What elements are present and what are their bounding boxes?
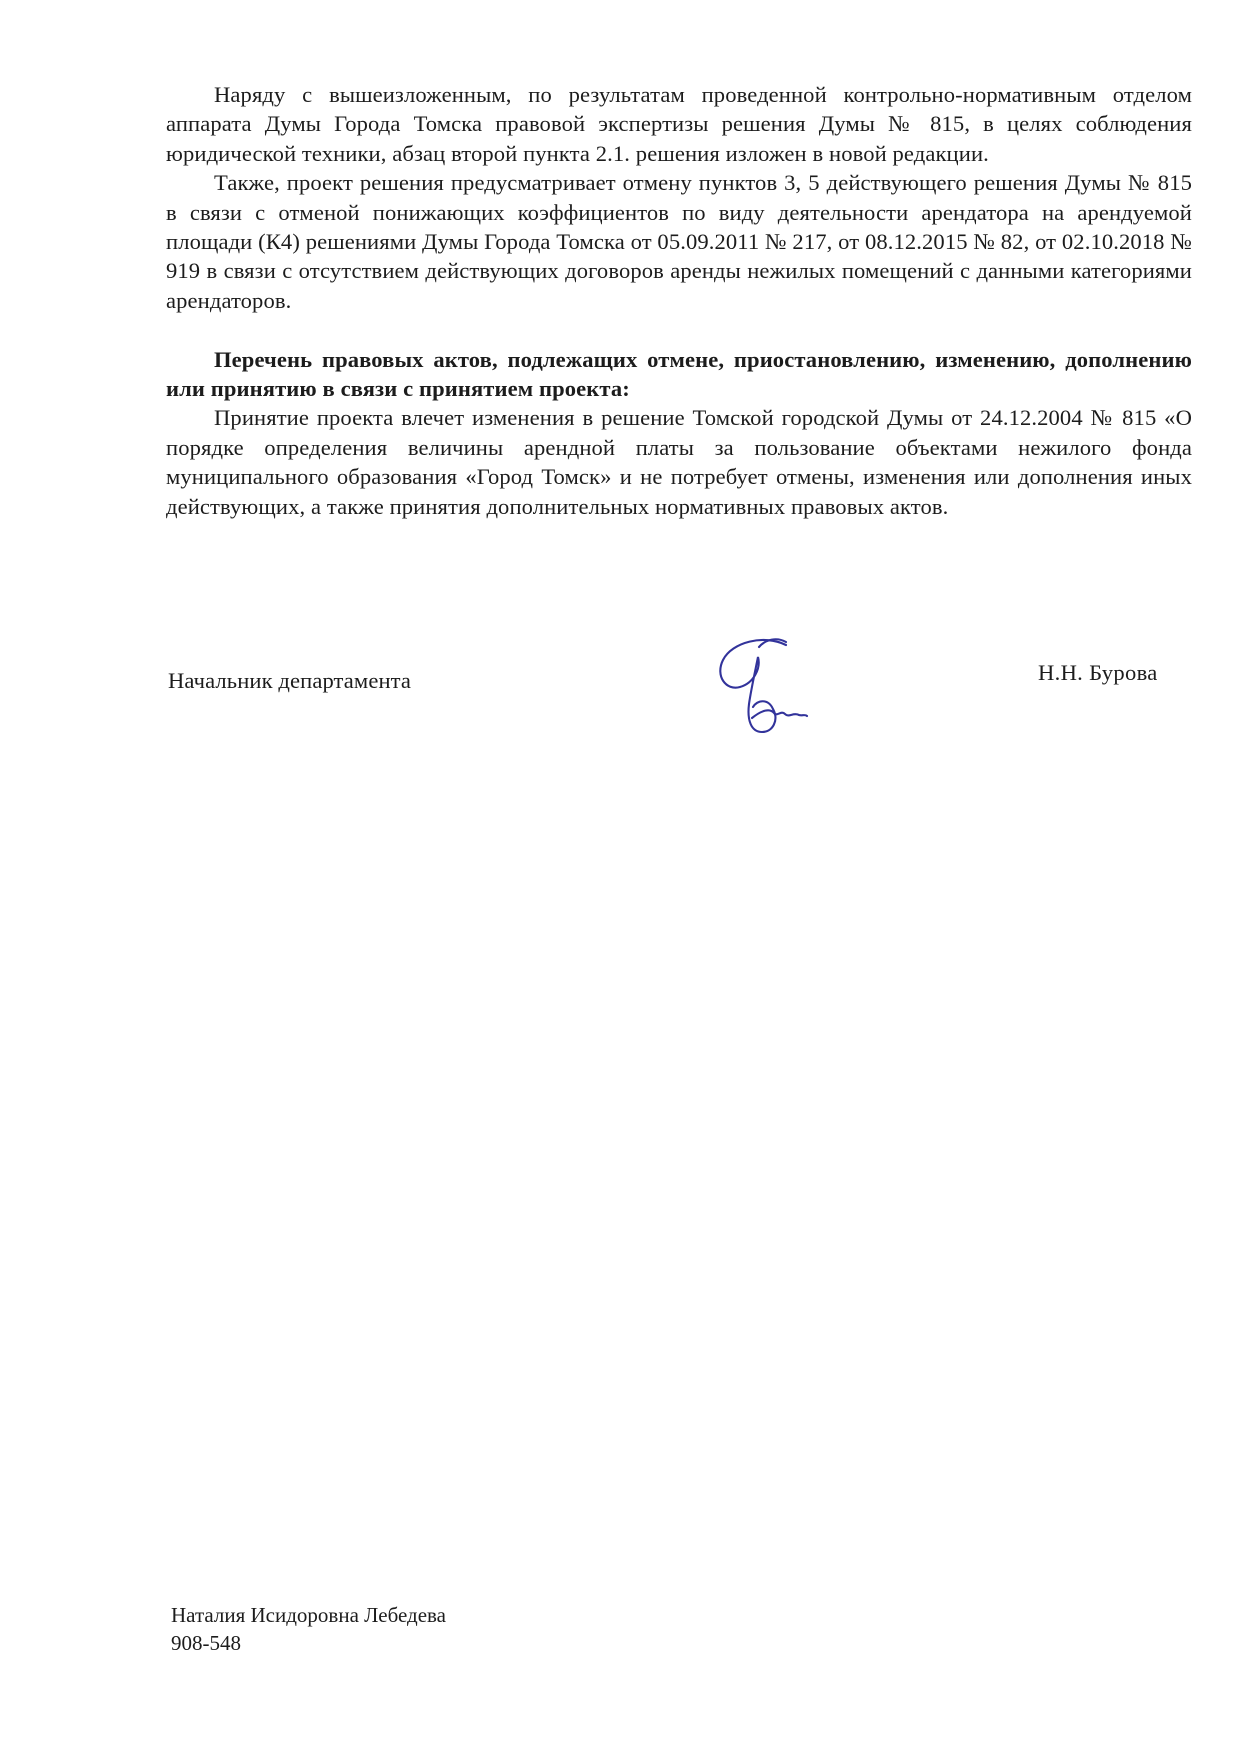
paragraph-legal-expertise: Наряду с вышеизложенным, по результатам … <box>166 80 1192 168</box>
signer-role-label: Начальник департамента <box>168 668 411 694</box>
executor-phone: 908-548 <box>171 1630 446 1658</box>
document-body: Наряду с вышеизложенным, по результатам … <box>166 80 1192 521</box>
scanned-document-page: Наряду с вышеизложенным, по результатам … <box>0 0 1240 1753</box>
paragraph-project-consequences: Принятие проекта влечет изменения в реше… <box>166 403 1192 521</box>
paragraph-cancelled-points: Также, проект решения предусматривает от… <box>166 168 1192 315</box>
signer-name: Н.Н. Бурова <box>1038 660 1158 686</box>
signature-icon <box>702 634 810 734</box>
section-heading-acts-list: Перечень правовых актов, подлежащих отме… <box>166 345 1192 404</box>
executor-name: Наталия Исидоровна Лебедева <box>171 1602 446 1630</box>
executor-footer: Наталия Исидоровна Лебедева 908-548 <box>171 1602 446 1657</box>
